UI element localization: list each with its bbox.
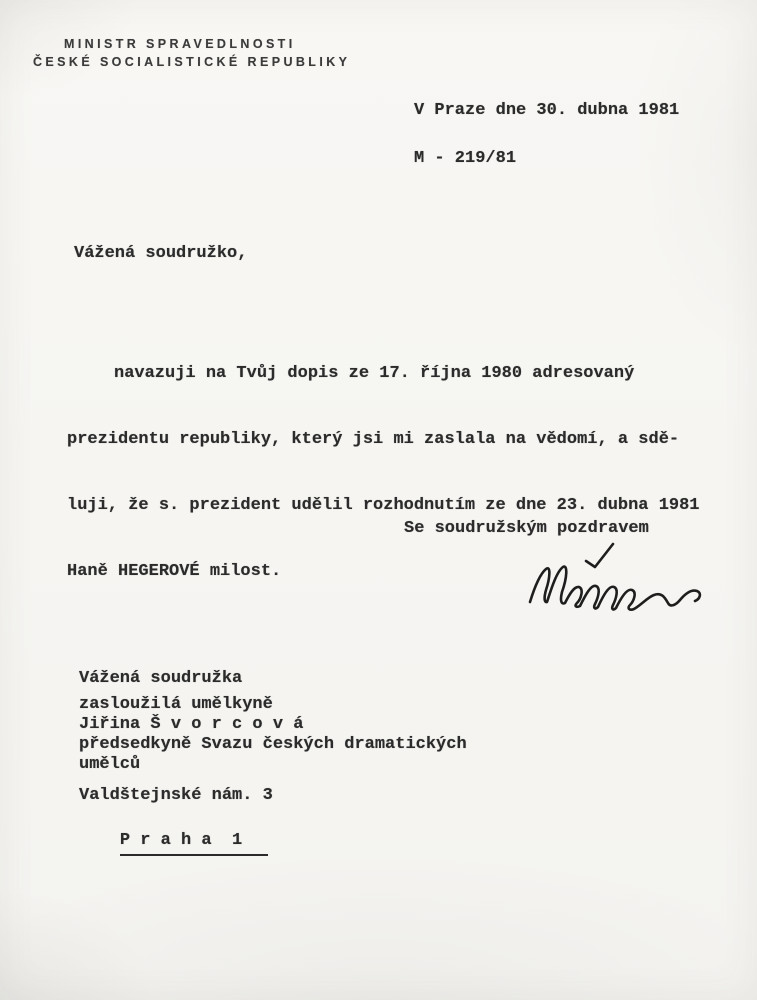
body-line: navazuji na Tvůj dopis ze 17. října 1980… — [67, 361, 700, 387]
signature-scrawl — [516, 540, 714, 618]
recipient-city: P r a h a 1 — [120, 831, 268, 856]
body-line: prezidentu republiky, který jsi mi zasla… — [67, 427, 700, 453]
letterhead-line-1: MINISTR SPRAVEDLNOSTI — [64, 37, 296, 51]
recipient-line: Vážená soudružka — [79, 669, 242, 689]
recipient-line: zasloužilá umělkyně — [79, 695, 273, 715]
recipient-line: umělců — [79, 755, 140, 775]
reference-number: M - 219/81 — [414, 149, 516, 169]
recipient-line: Jiřina Š v o r c o v á — [79, 715, 303, 735]
dateline: V Praze dne 30. dubna 1981 — [414, 101, 679, 121]
body-line: luji, že s. prezident udělil rozhodnutím… — [67, 493, 700, 519]
recipient-line: předsedkyně Svazu českých dramatických — [79, 735, 467, 755]
letter-page: MINISTR SPRAVEDLNOSTI ČESKÉ SOCIALISTICK… — [0, 0, 757, 1000]
recipient-street: Valdštejnské nám. 3 — [79, 786, 273, 806]
recipient-city-wrap: P r a h a 1 — [79, 811, 268, 876]
valediction: Se soudružským pozdravem — [404, 519, 649, 539]
letterhead-line-2: ČESKÉ SOCIALISTICKÉ REPUBLIKY — [33, 55, 350, 69]
salutation: Vážená soudružko, — [74, 244, 247, 264]
